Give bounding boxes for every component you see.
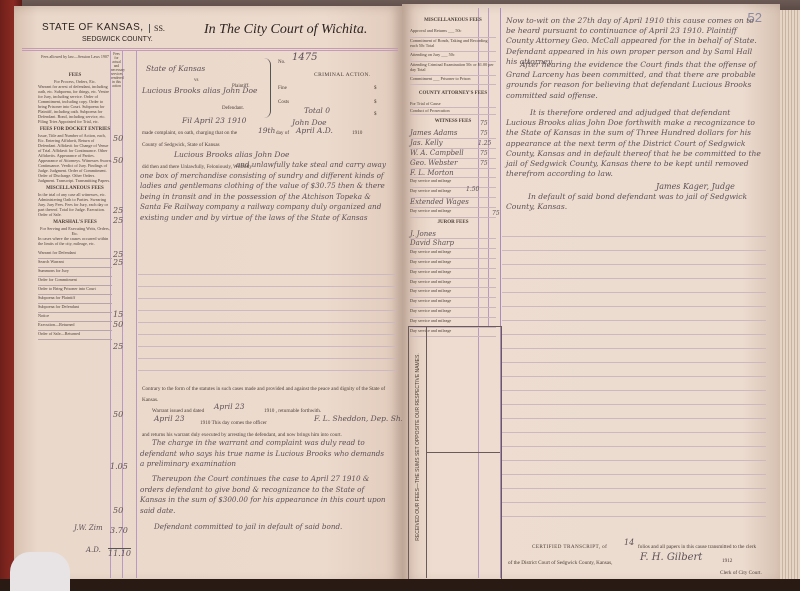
- ruled-line: [502, 362, 766, 363]
- ruled-line: [502, 418, 766, 419]
- misc-fee-row: Attending on Jury ___ 50c: [410, 52, 496, 62]
- fee-amount: 1.05: [110, 462, 128, 471]
- misc-fees-title: MISCELLANEOUS FEES: [410, 18, 496, 28]
- defendant-label: Defendant.: [222, 106, 244, 111]
- continuation-para-4: In default of said bond defendant was to…: [506, 192, 762, 212]
- witness-blank-row: Day service and mileage: [410, 178, 496, 188]
- ruled-line: [502, 376, 766, 377]
- marshal-row: Order to Bring Prisoner into Court: [38, 286, 112, 295]
- ruled-line: [502, 278, 766, 279]
- proceeding-2: Thereupon the Court continues the case t…: [140, 474, 390, 516]
- fees-section-text: Warrant for arrest of defendant, includi…: [38, 84, 112, 124]
- officer-name: F. L. Sheddon, Dep. Sh.: [314, 414, 403, 423]
- ruled-line: [138, 334, 396, 335]
- ruled-line: [502, 236, 766, 237]
- marshal-row: Subpoena for Defendant: [38, 304, 112, 313]
- ruled-line: [502, 320, 766, 321]
- blank-row: Day service and mileage: [410, 308, 496, 318]
- fee-amount: 50: [113, 410, 123, 419]
- juror-row: J. Jones: [410, 230, 496, 240]
- fees-schedule: Fees allowed by law—Session Laws 1907 FE…: [38, 54, 112, 574]
- fine-label: Fine: [278, 86, 287, 91]
- received-box-divider: [426, 452, 500, 453]
- marshal-row: Order for Commitment: [38, 277, 112, 286]
- docket-section-text: Issue, Title and Number of Action, each,…: [38, 133, 112, 183]
- marshal-section-subtitle: For Serving and Executing Writs, Orders,…: [38, 226, 112, 236]
- witness-amount: 75: [480, 150, 488, 157]
- blank-row: Day service and mileage: [410, 269, 496, 279]
- blank-row: Day service and mileage: [410, 279, 496, 289]
- ruled-line: [502, 516, 766, 517]
- total-dollar: $: [374, 112, 377, 117]
- text-column-divider: [136, 50, 137, 578]
- ruled-line: [502, 348, 766, 349]
- page-edges-right: [780, 10, 800, 580]
- fee-amount: 3.70: [110, 526, 128, 535]
- witness-amount: 75: [480, 120, 488, 127]
- proceeding-1: The charge in the warrant and complaint …: [140, 438, 390, 470]
- juror-amount: 75: [492, 210, 500, 217]
- county-line: County of Sedgwick, State of Kansas: [142, 142, 220, 148]
- plaintiff-name: State of Kansas: [146, 64, 205, 73]
- ruled-line: [138, 322, 396, 323]
- clerk-label: Clerk of City Court.: [720, 570, 762, 576]
- ruled-line: [502, 446, 766, 447]
- ss-label: SS.: [149, 24, 165, 33]
- ruled-line: [502, 460, 766, 461]
- marshal-section-text: In cases where the causes occurred withi…: [38, 236, 112, 246]
- misc-section-title: MISCELLANEOUS FEES: [38, 186, 112, 191]
- ruled-line: [138, 346, 396, 347]
- ruled-line: [502, 502, 766, 503]
- ruled-line: [502, 292, 766, 293]
- transcript-court: of the District Court of Sedgwick County…: [508, 560, 612, 566]
- fine-dollar: $: [374, 86, 377, 91]
- witness-row: F. L. Morton: [410, 169, 496, 179]
- attorney-fees-title: COUNTY ATTORNEY'S FEES: [410, 91, 496, 101]
- photographer-thumb: [10, 552, 70, 591]
- warrant-date: April 23: [214, 402, 245, 411]
- fee-total: 11.10: [108, 548, 131, 558]
- charge-text: and unlawfully take steal and carry away…: [140, 160, 392, 223]
- filed-date: Fil April 23 1910: [182, 116, 246, 125]
- fee-amount: 50: [113, 506, 123, 515]
- header-divider: [22, 48, 398, 49]
- ruled-line: [502, 474, 766, 475]
- fees-subtitle: Fees allowed by law—Session Laws 1907: [38, 54, 112, 59]
- transcript-year: 1912: [722, 558, 732, 564]
- case-number-label: No.: [278, 60, 285, 65]
- blank-row: Day service and mileage: [410, 249, 496, 259]
- witness-amount: 1.25: [478, 140, 491, 147]
- marshal-row: Order of Sale—Returned: [38, 331, 112, 340]
- ruled-line: [502, 432, 766, 433]
- misc-fee-row: Approval and Returns ___ 50c: [410, 28, 496, 38]
- marshal-row: Execution—Returned: [38, 322, 112, 331]
- ruled-line: [502, 250, 766, 251]
- juror-fees-title: JUROR FEES: [410, 220, 496, 230]
- ruled-line: [138, 370, 396, 371]
- witness-amount: 75: [480, 130, 488, 137]
- complaint-day: 19th: [258, 126, 275, 135]
- misc-fee-row: Commitment ___ Prisoner to Prison: [410, 76, 496, 86]
- ruled-line: [138, 310, 396, 311]
- fee-amount: 50: [113, 320, 123, 329]
- witness-amount: 75: [480, 160, 488, 167]
- transcript-suffix: folios and all papers in this cause tran…: [638, 544, 756, 550]
- blank-row: Day service and mileage: [410, 259, 496, 269]
- contrary-text: Contrary to the form of the statutes in …: [142, 384, 392, 406]
- docket-section-title: FEES FOR DOCKET ENTRIES: [38, 127, 112, 132]
- marshal-handwritten: J.W. Zim: [74, 524, 103, 532]
- ruled-line: [502, 488, 766, 489]
- juror-row: David Sharp: [410, 239, 496, 249]
- witness-blank-row: Day service and mileage: [410, 208, 496, 218]
- marshal-section-title: MARSHAL'S FEES: [38, 220, 112, 225]
- misc-fee-row: Attending Criminal Examination 50c or $1…: [410, 62, 496, 76]
- county-label: SEDGWICK COUNTY.: [82, 36, 153, 43]
- clerk-signature: F. H. Gilbert: [640, 552, 702, 563]
- ruled-line: [502, 404, 766, 405]
- marshal-row: Notice: [38, 313, 112, 322]
- action-type: CRIMINAL ACTION.: [314, 72, 371, 78]
- page-header: STATE OF KANSAS, SEDGWICK COUNTY. SS. In…: [24, 16, 394, 46]
- judge-signature: James Kager, Judge: [656, 182, 735, 191]
- ruled-line: [138, 358, 396, 359]
- caption-brace: [264, 58, 271, 118]
- day-of-label: day of: [276, 130, 289, 136]
- complaint-month: April A.D.: [296, 126, 333, 135]
- fee-amount: 25: [113, 216, 123, 225]
- transcript-label: CERTIFIED TRANSCRIPT, of: [532, 544, 607, 550]
- marshal-handwritten: A.D.: [86, 546, 101, 554]
- fees-section-title: FEES: [38, 73, 112, 78]
- ruled-line: [502, 264, 766, 265]
- marshal-row: Warrant for Defendant: [38, 250, 112, 259]
- extra-amount: 1.50: [466, 186, 479, 193]
- marshal-rows: Warrant for Defendant Search Warrant Sum…: [38, 250, 112, 340]
- ruled-line: [502, 334, 766, 335]
- complaint-year: 1910: [352, 130, 362, 136]
- attorney-fee-row: For Trial of Cause: [410, 101, 496, 108]
- extra-entry: Extended Wages: [410, 198, 496, 208]
- continuation-para-3: It is therefore ordered and adjudged tha…: [506, 108, 762, 179]
- return-date: April 23: [154, 414, 185, 423]
- defendant-name: Lucious Brooks alias John Doe: [142, 86, 257, 95]
- fee-amount: 25: [113, 258, 123, 267]
- marshal-row: Subpoena for Plaintiff: [38, 295, 112, 304]
- case-number: 1475: [292, 52, 317, 63]
- accused-name: Lucious Brooks alias John Doe: [174, 150, 289, 159]
- continuation-para-2: After hearing the evidence the Court fin…: [506, 60, 762, 101]
- fee-amount: 15: [113, 310, 123, 319]
- transcript-folios: 14: [624, 538, 634, 547]
- fees-column-header: Fees for actual and necessary services r…: [111, 52, 122, 88]
- misc-fee-row: Commitment of Bonds, Taking and Recordin…: [410, 38, 496, 52]
- state-label: STATE OF KANSAS,: [42, 22, 144, 33]
- received-fees-caption: RECEIVED OUR FEES—THE SUMS SET OPPOSITE …: [415, 327, 421, 567]
- total-handwritten: Total 0: [304, 106, 330, 115]
- vs-label: vs: [194, 78, 198, 83]
- witness-blank-row: Day service and mileage: [410, 188, 496, 198]
- ruled-line: [138, 274, 396, 275]
- fee-amount: 50: [113, 156, 123, 165]
- costs-label: Costs: [278, 100, 289, 105]
- misc-fees-list: MISCELLANEOUS FEES Approval and Returns …: [410, 16, 496, 337]
- marshal-row: Search Warrant: [38, 259, 112, 268]
- complaint-line: made complaint, on oath, charging that o…: [142, 130, 237, 136]
- ledger-cover-bottom: [0, 579, 800, 591]
- ledger-page-left: STATE OF KANSAS, SEDGWICK COUNTY. SS. In…: [14, 6, 402, 583]
- marshal-row: Summons for Jury: [38, 268, 112, 277]
- blank-row: Day service and mileage: [410, 298, 496, 308]
- blank-row: Day service and mileage: [410, 288, 496, 298]
- this-day-text: 1910 This day comes the officer: [200, 420, 267, 426]
- ruled-line: [138, 298, 396, 299]
- costs-dollar: $: [374, 100, 377, 105]
- ruled-line: [138, 286, 396, 287]
- returnable-text: 1910 , returnable forthwith.: [264, 408, 321, 414]
- ruled-line: [502, 390, 766, 391]
- fee-amount: 50: [113, 134, 123, 143]
- attorney-fee-row: Conduct of Prosecution: [410, 108, 496, 115]
- ruled-line: [502, 306, 766, 307]
- proceeding-3: Defendant committed to jail in default o…: [154, 522, 394, 533]
- header-divider-2: [22, 50, 398, 51]
- ledger-page-right: 52 MISCELLANEOUS FEES Approval and Retur…: [402, 4, 780, 583]
- misc-section-text: In the trial of any case all witnesses, …: [38, 192, 112, 217]
- fee-amount: 25: [113, 342, 123, 351]
- court-title: In The City Court of Wichita.: [204, 22, 367, 38]
- fee-amount: 25: [113, 206, 123, 215]
